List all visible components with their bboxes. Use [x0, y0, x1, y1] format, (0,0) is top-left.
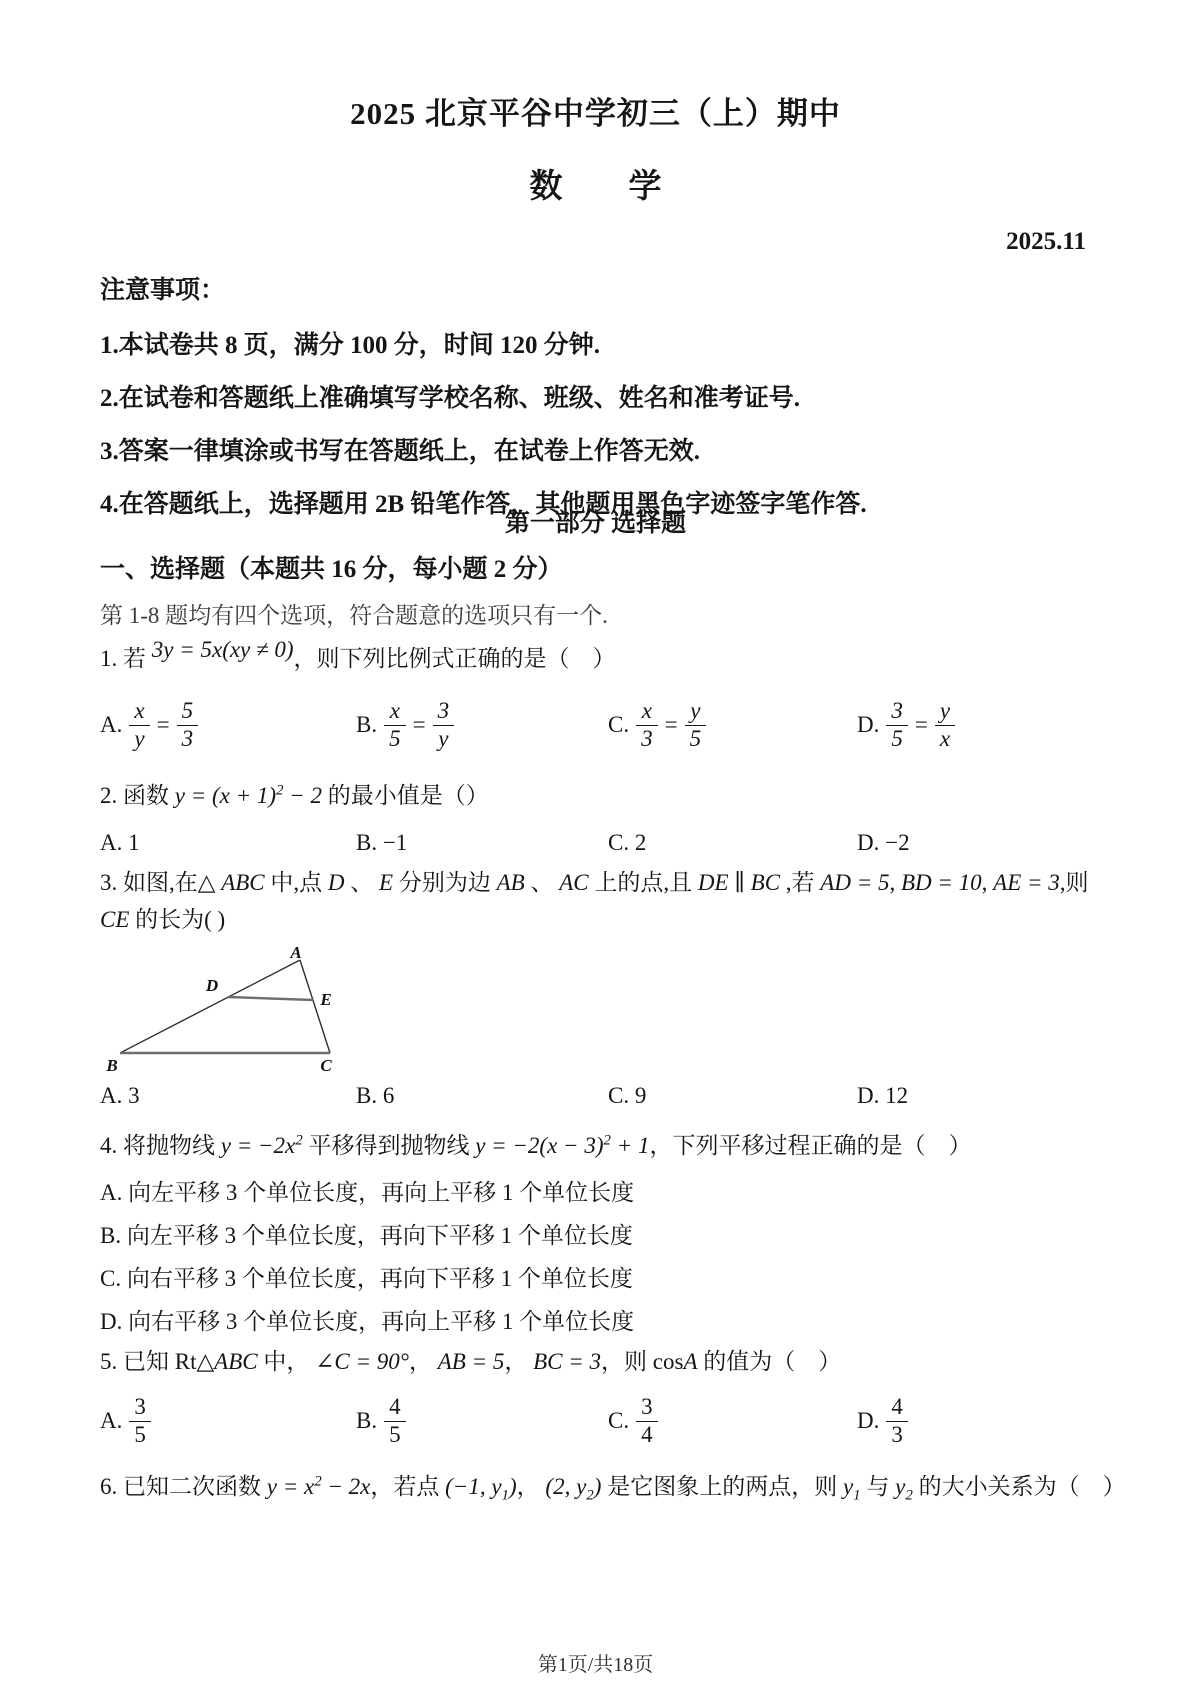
option-letter: A.: [100, 1408, 122, 1434]
option-1-b: B. x5 = 3y: [356, 692, 454, 758]
question-1-text: 1. 若 3y = 5x(xy ≠ 0)，则下列比例式正确的是（ ）: [100, 640, 616, 673]
option-1-c: C. x3 = y5: [608, 692, 706, 758]
segment-de-line: [228, 997, 313, 1000]
page-title: 2025 北京平谷中学初三（上）期中: [0, 88, 1191, 133]
fraction-denominator: 3: [177, 725, 199, 752]
fraction: yx: [935, 698, 955, 752]
fraction-denominator: 5: [886, 725, 908, 752]
option-3-c: C. 9: [608, 1083, 646, 1109]
option-1-a: A. xy = 53: [100, 692, 198, 758]
question-6-text: 6. 已知二次函数 y = x2 − 2x，若点 (−1, y1)， (2, y…: [100, 1468, 1126, 1505]
fraction-numerator: 3: [636, 1394, 658, 1420]
option-5-a: A. 35: [100, 1388, 151, 1454]
triangle-figure: A B C D E: [100, 945, 350, 1075]
option-letter: C.: [608, 1408, 629, 1434]
option-4-c: C. 向右平移 3 个单位长度，再向下平移 1 个单位长度: [100, 1260, 633, 1293]
fraction-denominator: y: [129, 725, 149, 752]
option-letter: C.: [608, 712, 629, 738]
fraction: 3y: [433, 698, 455, 752]
question-1-options: A. xy = 53 B. x5 = 3y C. x3 = y5 D. 35 =…: [100, 692, 1110, 758]
notice-heading: 注意事项：: [100, 270, 225, 306]
notice-item-2: 2.在试卷和答题纸上准确填写学校名称、班级、姓名和准考证号.: [100, 378, 800, 414]
option-letter: B.: [356, 712, 377, 738]
fraction-numerator: 3: [433, 698, 455, 724]
option-2-a: A. 1: [100, 830, 140, 856]
fraction: x5: [384, 698, 406, 752]
fraction-numerator: x: [384, 698, 406, 724]
option-1-d: D. 35 = yx: [857, 692, 955, 758]
fraction-numerator: x: [129, 698, 149, 724]
question-5-options: A. 35 B. 45 C. 34 D. 43: [100, 1388, 1110, 1454]
fraction-denominator: 5: [384, 725, 406, 752]
vertex-label-b: B: [105, 1056, 117, 1075]
option-2-d: D. −2: [857, 830, 910, 856]
point-label-d: D: [205, 976, 218, 995]
option-3-d: D. 12: [857, 1083, 908, 1109]
option-letter: D.: [857, 1408, 879, 1434]
fraction: x3: [636, 698, 658, 752]
fraction-denominator: 5: [685, 725, 707, 752]
option-letter: A.: [100, 712, 122, 738]
fraction-denominator: 4: [636, 1421, 658, 1448]
option-4-b: B. 向左平移 3 个单位长度，再向下平移 1 个单位长度: [100, 1217, 633, 1250]
question-3-text-line2: CE 的长为( ): [100, 901, 225, 934]
option-2-b: B. −1: [356, 830, 407, 856]
fraction-denominator: 3: [886, 1421, 908, 1448]
notice-item-3: 3.答案一律填涂或书写在答题纸上，在试卷上作答无效.: [100, 431, 700, 467]
option-5-c: C. 34: [608, 1388, 658, 1454]
fraction-numerator: y: [685, 698, 707, 724]
fraction-denominator: 5: [384, 1421, 406, 1448]
fraction: y5: [685, 698, 707, 752]
page-footer: 第1页/共18页: [0, 1648, 1191, 1677]
fraction-numerator: 5: [177, 698, 199, 724]
side-ab-line: [120, 960, 300, 1053]
fraction-numerator: x: [636, 698, 658, 724]
option-letter: D.: [857, 712, 879, 738]
fraction-numerator: 3: [886, 698, 908, 724]
option-5-b: B. 45: [356, 1388, 406, 1454]
fraction: 43: [886, 1394, 908, 1448]
fraction-numerator: y: [935, 698, 955, 724]
exam-page: 2025 北京平谷中学初三（上）期中 数 学 2025.11 注意事项： 1.本…: [0, 0, 1191, 1684]
option-2-c: C. 2: [608, 830, 646, 856]
fraction: xy: [129, 698, 149, 752]
option-letter: B.: [356, 1408, 377, 1434]
part1-heading: 第一部分 选择题: [0, 503, 1191, 539]
question-2-text: 2. 函数 y = (x + 1)2 − 2 的最小值是（）: [100, 777, 489, 810]
option-4-a: A. 向左平移 3 个单位长度，再向上平移 1 个单位长度: [100, 1174, 634, 1207]
equals-sign: =: [157, 712, 170, 738]
fraction: 45: [384, 1394, 406, 1448]
subject-title: 数 学: [0, 160, 1191, 207]
question-5-text: 5. 已知 Rt△ABC 中， ∠C = 90°， AB = 5， BC = 3…: [100, 1343, 841, 1376]
vertex-label-c: C: [320, 1056, 332, 1075]
vertex-label-a: A: [289, 945, 301, 962]
option-4-d: D. 向右平移 3 个单位长度，再向上平移 1 个单位长度: [100, 1303, 634, 1336]
fraction: 34: [636, 1394, 658, 1448]
option-5-d: D. 43: [857, 1388, 908, 1454]
fraction-numerator: 3: [129, 1394, 151, 1420]
fraction-numerator: 4: [384, 1394, 406, 1420]
option-3-b: B. 6: [356, 1083, 394, 1109]
notice-item-1: 1.本试卷共 8 页，满分 100 分，时间 120 分钟.: [100, 325, 600, 361]
section-title: 一、选择题（本题共 16 分，每小题 2 分）: [100, 549, 563, 585]
question-3-text-line1: 3. 如图,在△ ABC 中,点 D 、 E 分别为边 AB 、 AC 上的点,…: [100, 864, 1089, 897]
point-label-e: E: [319, 990, 331, 1009]
fraction-denominator: x: [935, 725, 955, 752]
equals-sign: =: [413, 712, 426, 738]
fraction-denominator: 3: [636, 725, 658, 752]
fraction: 53: [177, 698, 199, 752]
section-note: 第 1-8 题均有四个选项，符合题意的选项只有一个.: [100, 597, 608, 630]
question-4-text: 4. 将抛物线 y = −2x2 平移得到抛物线 y = −2(x − 3)2 …: [100, 1127, 971, 1160]
option-3-a: A. 3: [100, 1083, 140, 1109]
fraction: 35: [129, 1394, 151, 1448]
fraction-denominator: y: [433, 725, 455, 752]
equals-sign: =: [665, 712, 678, 738]
fraction-numerator: 4: [886, 1394, 908, 1420]
fraction: 35: [886, 698, 908, 752]
question-3-options: A. 3 B. 6 C. 9 D. 12: [100, 1083, 1110, 1117]
fraction-denominator: 5: [129, 1421, 151, 1448]
question-2-options: A. 1 B. −1 C. 2 D. −2: [100, 830, 1110, 864]
exam-date: 2025.11: [1006, 228, 1086, 256]
equals-sign: =: [915, 712, 928, 738]
